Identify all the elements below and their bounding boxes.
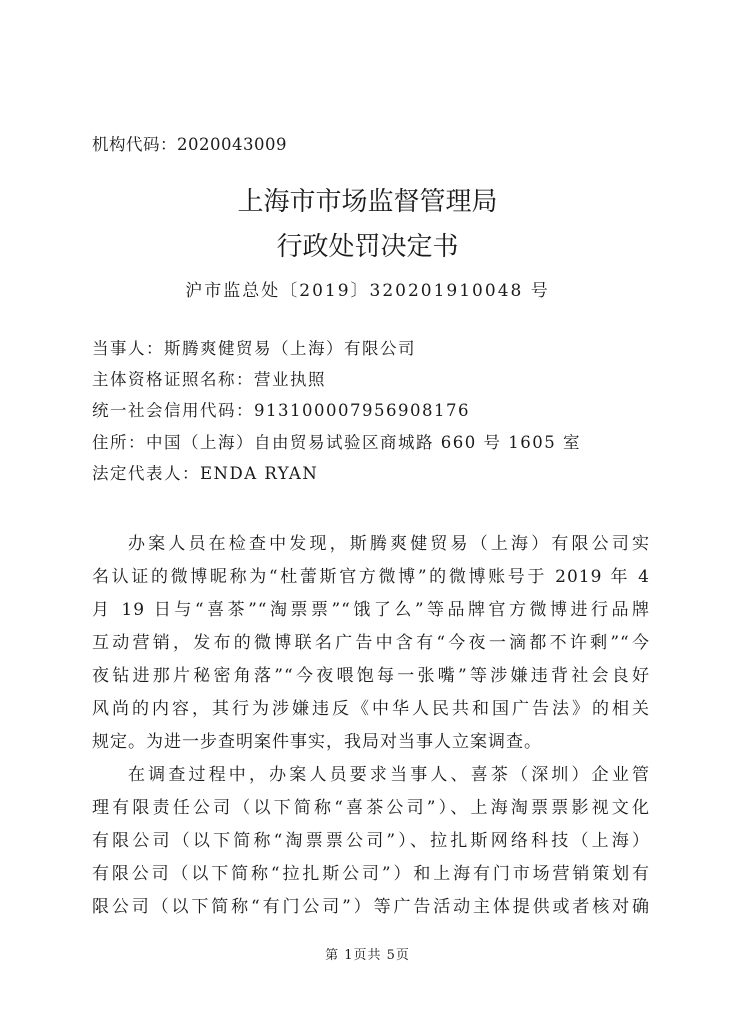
- party-info-block: 当事人：斯腾爽健贸易（上海）有限公司 主体资格证照名称：营业执照 统一社会信用代…: [92, 333, 652, 489]
- credit-code: 统一社会信用代码：913100007956908176: [92, 395, 652, 426]
- paragraph-line: 限公司（以下简称“有门公司”）等广告活动主体提供或者核对确: [92, 891, 650, 924]
- legal-representative: 法定代表人：ENDA RYAN: [92, 458, 652, 489]
- paragraph-line: 在调查过程中，办案人员要求当事人、喜茶（深圳）企业管: [92, 759, 650, 792]
- paragraph-line: 风尚的内容，其行为涉嫌违反《中华人民共和国广告法》的相关: [92, 693, 650, 726]
- paragraph-1: 办案人员在检查中发现，斯腾爽健贸易（上海）有限公司实 名认证的微博昵称为“杜蕾斯…: [92, 528, 650, 759]
- org-code: 机构代码：2020043009: [92, 131, 287, 155]
- paragraph-line: 有限公司（以下简称“淘票票公司”）、拉扎斯网络科技（上海）: [92, 825, 650, 858]
- party-name: 当事人：斯腾爽健贸易（上海）有限公司: [92, 333, 652, 364]
- license-name: 主体资格证照名称：营业执照: [92, 364, 652, 395]
- document-title-type: 行政处罚决定书: [0, 226, 735, 263]
- paragraph-line: 理有限责任公司（以下简称“喜茶公司”）、上海淘票票影视文化: [92, 792, 650, 825]
- body-text: 办案人员在检查中发现，斯腾爽健贸易（上海）有限公司实 名认证的微博昵称为“杜蕾斯…: [92, 528, 650, 924]
- page-indicator: 第 1页共 5页: [0, 944, 735, 963]
- paragraph-line: 互动营销，发布的微博联名广告中含有“今夜一滴都不许剩”“今: [92, 627, 650, 660]
- document-page: 机构代码：2020043009 上海市市场监督管理局 行政处罚决定书 沪市监总处…: [0, 0, 735, 1026]
- document-title-agency: 上海市市场监督管理局: [0, 181, 735, 218]
- address: 住所：中国（上海）自由贸易试验区商城路 660 号 1605 室: [92, 427, 652, 458]
- paragraph-line: 办案人员在检查中发现，斯腾爽健贸易（上海）有限公司实: [92, 528, 650, 561]
- document-number: 沪市监总处〔2019〕320201910048 号: [0, 276, 735, 301]
- paragraph-line: 月 19 日与“喜茶”“淘票票”“饿了么”等品牌官方微博进行品牌: [92, 594, 650, 627]
- paragraph-2: 在调查过程中，办案人员要求当事人、喜茶（深圳）企业管 理有限责任公司（以下简称“…: [92, 759, 650, 924]
- paragraph-line: 规定。为进一步查明案件事实，我局对当事人立案调查。: [92, 726, 650, 759]
- paragraph-line: 夜钻进那片秘密角落”“今夜喂饱每一张嘴”等涉嫌违背社会良好: [92, 660, 650, 693]
- paragraph-line: 有限公司（以下简称“拉扎斯公司”）和上海有门市场营销策划有: [92, 858, 650, 891]
- paragraph-line: 名认证的微博昵称为“杜蕾斯官方微博”的微博账号于 2019 年 4: [92, 561, 650, 594]
